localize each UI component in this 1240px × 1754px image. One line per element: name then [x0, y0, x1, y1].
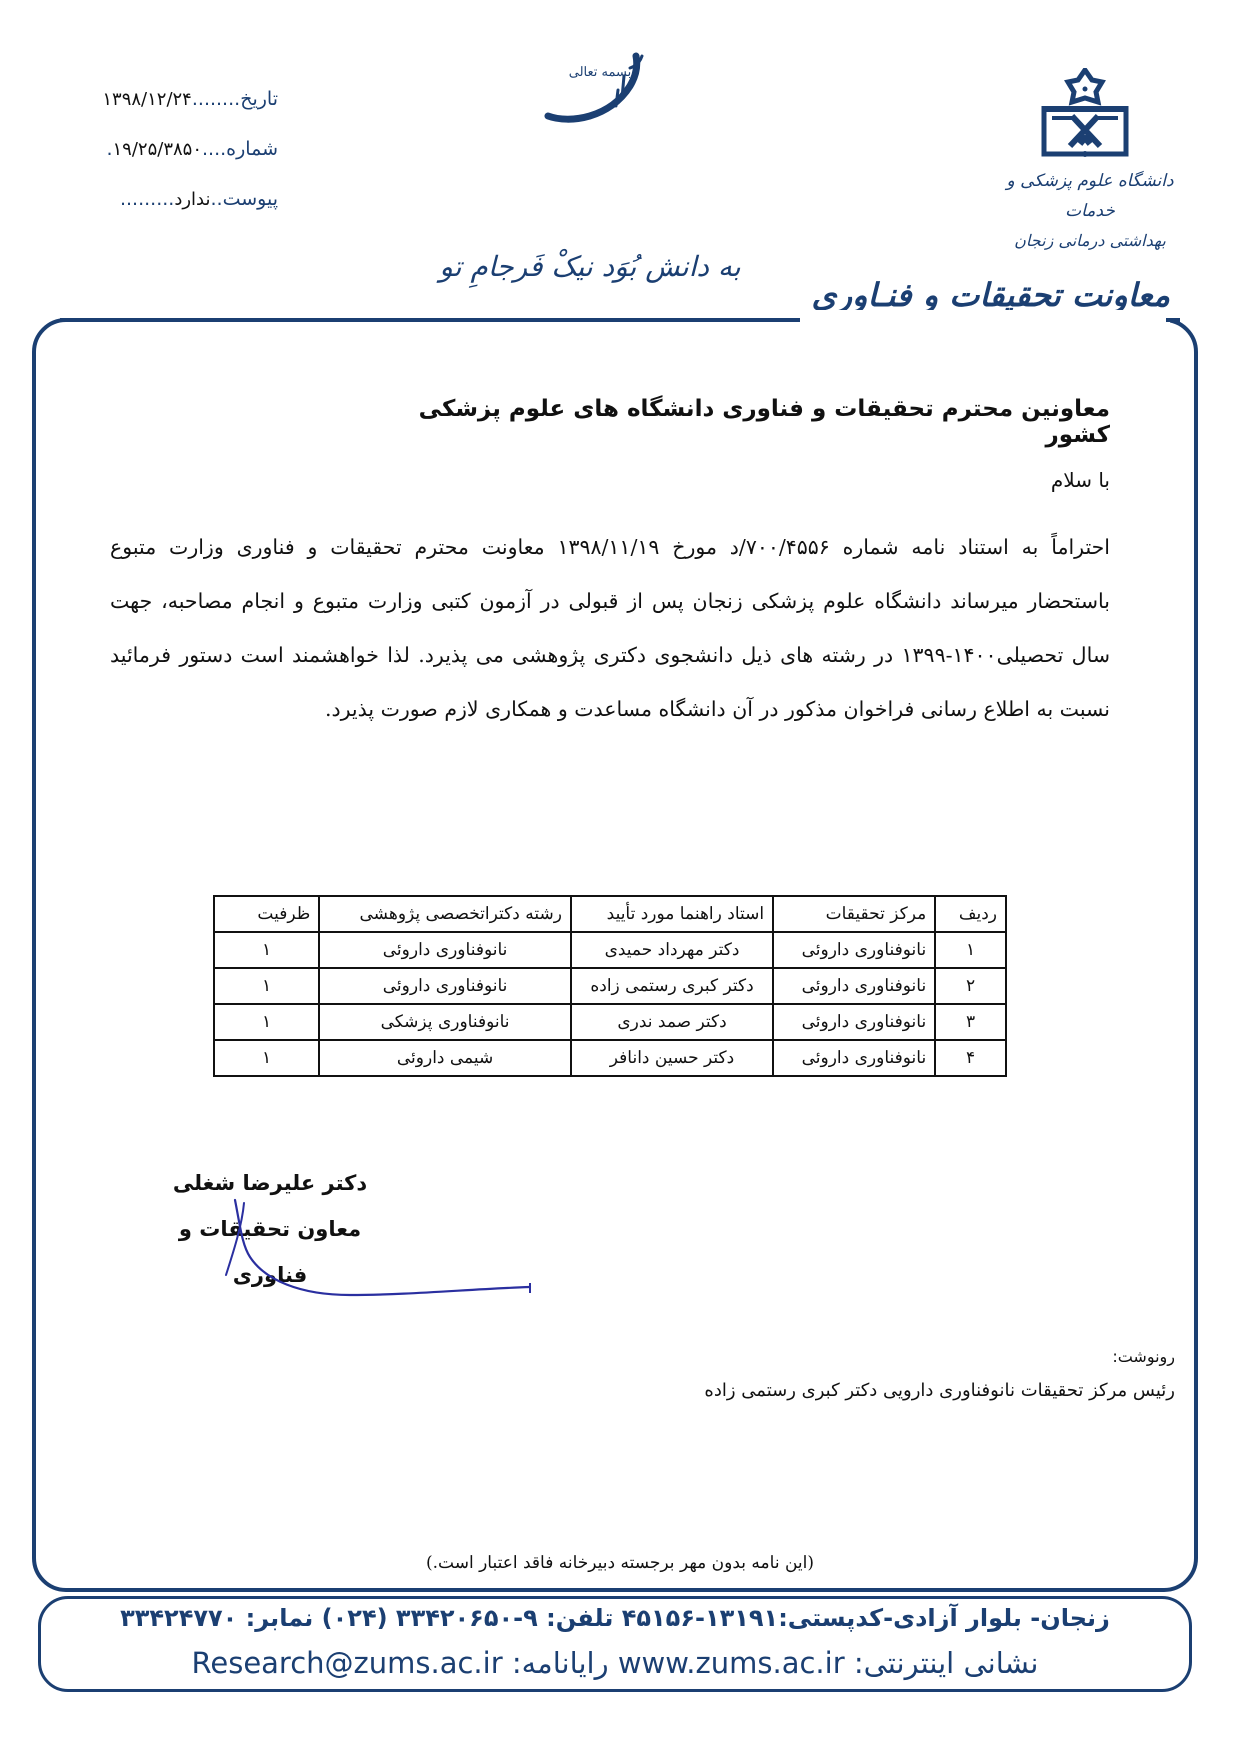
cell-advisor: دکتر صمد ندری [571, 1004, 773, 1040]
table-row: ۲ نانوفناوری داروئی دکتر کبری رستمی زاده… [214, 968, 1006, 1004]
dot-leader: ......... [120, 188, 174, 210]
header-research-center: مرکز تحقیقات [773, 896, 935, 932]
header-capacity: ظرفیت [214, 896, 319, 932]
email-link[interactable]: Research@zums.ac.ir [192, 1646, 503, 1680]
table-row: ۴ نانوفناوری داروئی دکتر حسین دانافر شیم… [214, 1040, 1006, 1076]
cell-capacity: ۱ [214, 1040, 319, 1076]
university-name-line1: دانشگاه علوم پزشکی و خدمات [990, 166, 1190, 226]
attachment-label: پیوست [223, 188, 278, 210]
letter-meta: تاریخ........۱۳۹۸/۱۲/۲۴ شماره....۱۹/۲۵/۳… [78, 88, 278, 218]
frame-title-gap [800, 310, 1170, 326]
handwritten-signature-icon [220, 1195, 540, 1305]
bismillah-calligraphy-icon: بسمه تعالی [540, 46, 660, 126]
cell-field: نانوفناوری داروئی [319, 968, 571, 1004]
date-value: ۱۳۹۸/۱۲/۲۴ [102, 89, 191, 110]
attachment-row: پیوست..ندارد......... [120, 188, 278, 210]
cell-row-number: ۳ [935, 1004, 1006, 1040]
number-value: ۱۹/۲۵/۳۸۵۰ [113, 139, 202, 160]
table-header-row: ردیف مرکز تحقیقات استاد راهنما مورد تأیی… [214, 896, 1006, 932]
date-row: تاریخ........۱۳۹۸/۱۲/۲۴ [102, 88, 278, 110]
cell-advisor: دکتر حسین دانافر [571, 1040, 773, 1076]
frame-left-line [60, 318, 800, 322]
dot-leader: .... [202, 138, 226, 160]
department-title: معاونت تحقیقات و فنـاوری [805, 276, 1170, 314]
cell-field: شیمی داروئی [319, 1040, 571, 1076]
validity-notice: (این نامه بدون مهر برجسته دبیرخانه فاقد … [370, 1553, 870, 1573]
table-row: ۳ نانوفناوری داروئی دکتر صمد ندری نانوفن… [214, 1004, 1006, 1040]
footer-address: زنجان- بلوار آزادی-کدپستی:۱۳۱۹۱-۴۵۱۵۶ تل… [60, 1604, 1170, 1632]
cell-field: نانوفناوری پزشکی [319, 1004, 571, 1040]
cell-research-center: نانوفناوری داروئی [773, 1004, 935, 1040]
date-label: تاریخ [240, 88, 278, 110]
letter-body: احتراماً به استناد نامه شماره ۷۰۰/۴۵۵۶/د… [110, 520, 1110, 736]
recipient-heading: معاونین محترم تحقیقات و فناوری دانشگاه ه… [400, 396, 1110, 448]
cc-recipient: رئیس مرکز تحقیقات نانوفناوری دارویی دکتر… [640, 1380, 1175, 1401]
footer-contact: نشانی اینترنتی: www.zums.ac.ir رایانامه:… [60, 1646, 1170, 1680]
cell-research-center: نانوفناوری داروئی [773, 1040, 935, 1076]
dot-leader: ........ [192, 88, 240, 110]
university-logo-icon [1040, 68, 1130, 158]
cell-capacity: ۱ [214, 932, 319, 968]
attachment-value: ندارد [174, 189, 210, 210]
cell-advisor: دکتر کبری رستمی زاده [571, 968, 773, 1004]
cell-advisor: دکتر مهرداد حمیدی [571, 932, 773, 968]
cc-label: رونوشت: [900, 1347, 1175, 1366]
university-name-line2: بهداشتی درمانی زنجان [990, 226, 1190, 256]
website-link[interactable]: www.zums.ac.ir [618, 1646, 845, 1680]
cell-capacity: ۱ [214, 968, 319, 1004]
programs-table: ردیف مرکز تحقیقات استاد راهنما مورد تأیی… [213, 895, 1007, 1077]
greeting: با سلام [800, 468, 1110, 492]
cell-field: نانوفناوری داروئی [319, 932, 571, 968]
svg-text:بسمه تعالی: بسمه تعالی [569, 65, 631, 80]
table-row: ۱ نانوفناوری داروئی دکتر مهرداد حمیدی نا… [214, 932, 1006, 968]
cell-row-number: ۲ [935, 968, 1006, 1004]
website-label: نشانی اینترنتی: [854, 1646, 1039, 1680]
dot-leader: .. [210, 188, 222, 210]
cell-research-center: نانوفناوری داروئی [773, 968, 935, 1004]
header-row-number: ردیف [935, 896, 1006, 932]
cell-row-number: ۴ [935, 1040, 1006, 1076]
slogan: به دانش بُوَد نیکْ فَرجامِ تو [400, 250, 780, 283]
email-label: رایانامه: [512, 1646, 609, 1680]
number-row: شماره....۱۹/۲۵/۳۸۵۰. [106, 138, 278, 160]
frame-title-underline [1166, 318, 1180, 322]
cell-row-number: ۱ [935, 932, 1006, 968]
university-name: دانشگاه علوم پزشکی و خدمات بهداشتی درمان… [990, 166, 1190, 256]
header-field: رشته دکتراتخصصی پژوهشی [319, 896, 571, 932]
cell-capacity: ۱ [214, 1004, 319, 1040]
number-label: شماره [226, 138, 278, 160]
cell-research-center: نانوفناوری داروئی [773, 932, 935, 968]
header-advisor: استاد راهنما مورد تأیید [571, 896, 773, 932]
